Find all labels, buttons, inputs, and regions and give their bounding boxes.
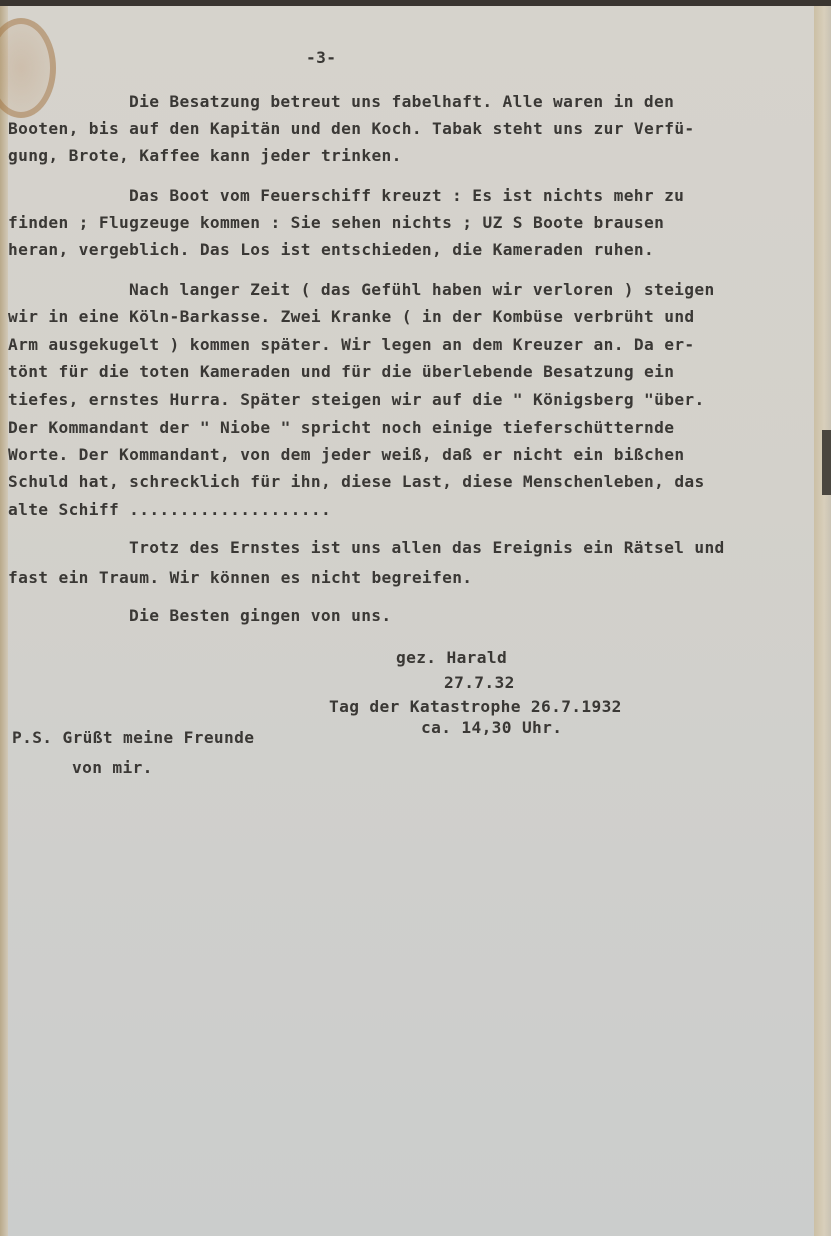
paragraph-3-line-4: tönt für die toten Kameraden und für die… bbox=[8, 362, 674, 381]
paragraph-4-line-2: fast ein Traum. Wir können es nicht begr… bbox=[8, 568, 472, 587]
background-gap bbox=[822, 430, 831, 495]
top-edge bbox=[0, 0, 831, 6]
paragraph-2-line-3: heran, vergeblich. Das Los ist entschied… bbox=[8, 240, 654, 259]
paragraph-3-line-8: Schuld hat, schrecklich für ihn, diese L… bbox=[8, 472, 705, 491]
paragraph-2-line-1: Das Boot vom Feuerschiff kreuzt : Es ist… bbox=[129, 186, 684, 205]
paragraph-3-line-2: wir in eine Köln-Barkasse. Zwei Kranke (… bbox=[8, 307, 695, 326]
paragraph-3-line-7: Worte. Der Kommandant, von dem jeder wei… bbox=[8, 445, 684, 464]
paragraph-3-line-6: Der Kommandant der " Niobe " spricht noc… bbox=[8, 418, 674, 437]
paragraph-3-line-3: Arm ausgekugelt ) kommen später. Wir leg… bbox=[8, 335, 695, 354]
signature-date: 27.7.32 bbox=[444, 673, 515, 692]
paragraph-3-line-9: alte Schiff .................... bbox=[8, 500, 331, 519]
disaster-time: ca. 14,30 Uhr. bbox=[421, 718, 562, 737]
postscript-line-1: P.S. Grüßt meine Freunde bbox=[12, 728, 254, 747]
signature-name: gez. Harald bbox=[396, 648, 507, 667]
paragraph-1-line-2: Booten, bis auf den Kapitän und den Koch… bbox=[8, 119, 695, 138]
paragraph-3-line-1: Nach langer Zeit ( das Gefühl haben wir … bbox=[129, 280, 715, 299]
paragraph-1-line-3: gung, Brote, Kaffee kann jeder trinken. bbox=[8, 146, 402, 165]
right-page-edge bbox=[814, 0, 831, 1236]
paragraph-2-line-2: finden ; Flugzeuge kommen : Sie sehen ni… bbox=[8, 213, 664, 232]
paragraph-4-line-1: Trotz des Ernstes ist uns allen das Erei… bbox=[129, 538, 725, 557]
paragraph-5-line-1: Die Besten gingen von uns. bbox=[129, 606, 392, 625]
paragraph-1-line-1: Die Besatzung betreut uns fabelhaft. All… bbox=[129, 92, 674, 111]
typewritten-letter: -3- Die Besatzung betreut uns fabelhaft.… bbox=[0, 0, 20, 760]
paragraph-3-line-5: tiefes, ernstes Hurra. Später steigen wi… bbox=[8, 390, 705, 409]
page-number: -3- bbox=[306, 48, 336, 67]
postscript-line-2: von mir. bbox=[72, 758, 153, 777]
disaster-date: Tag der Katastrophe 26.7.1932 bbox=[329, 697, 622, 716]
